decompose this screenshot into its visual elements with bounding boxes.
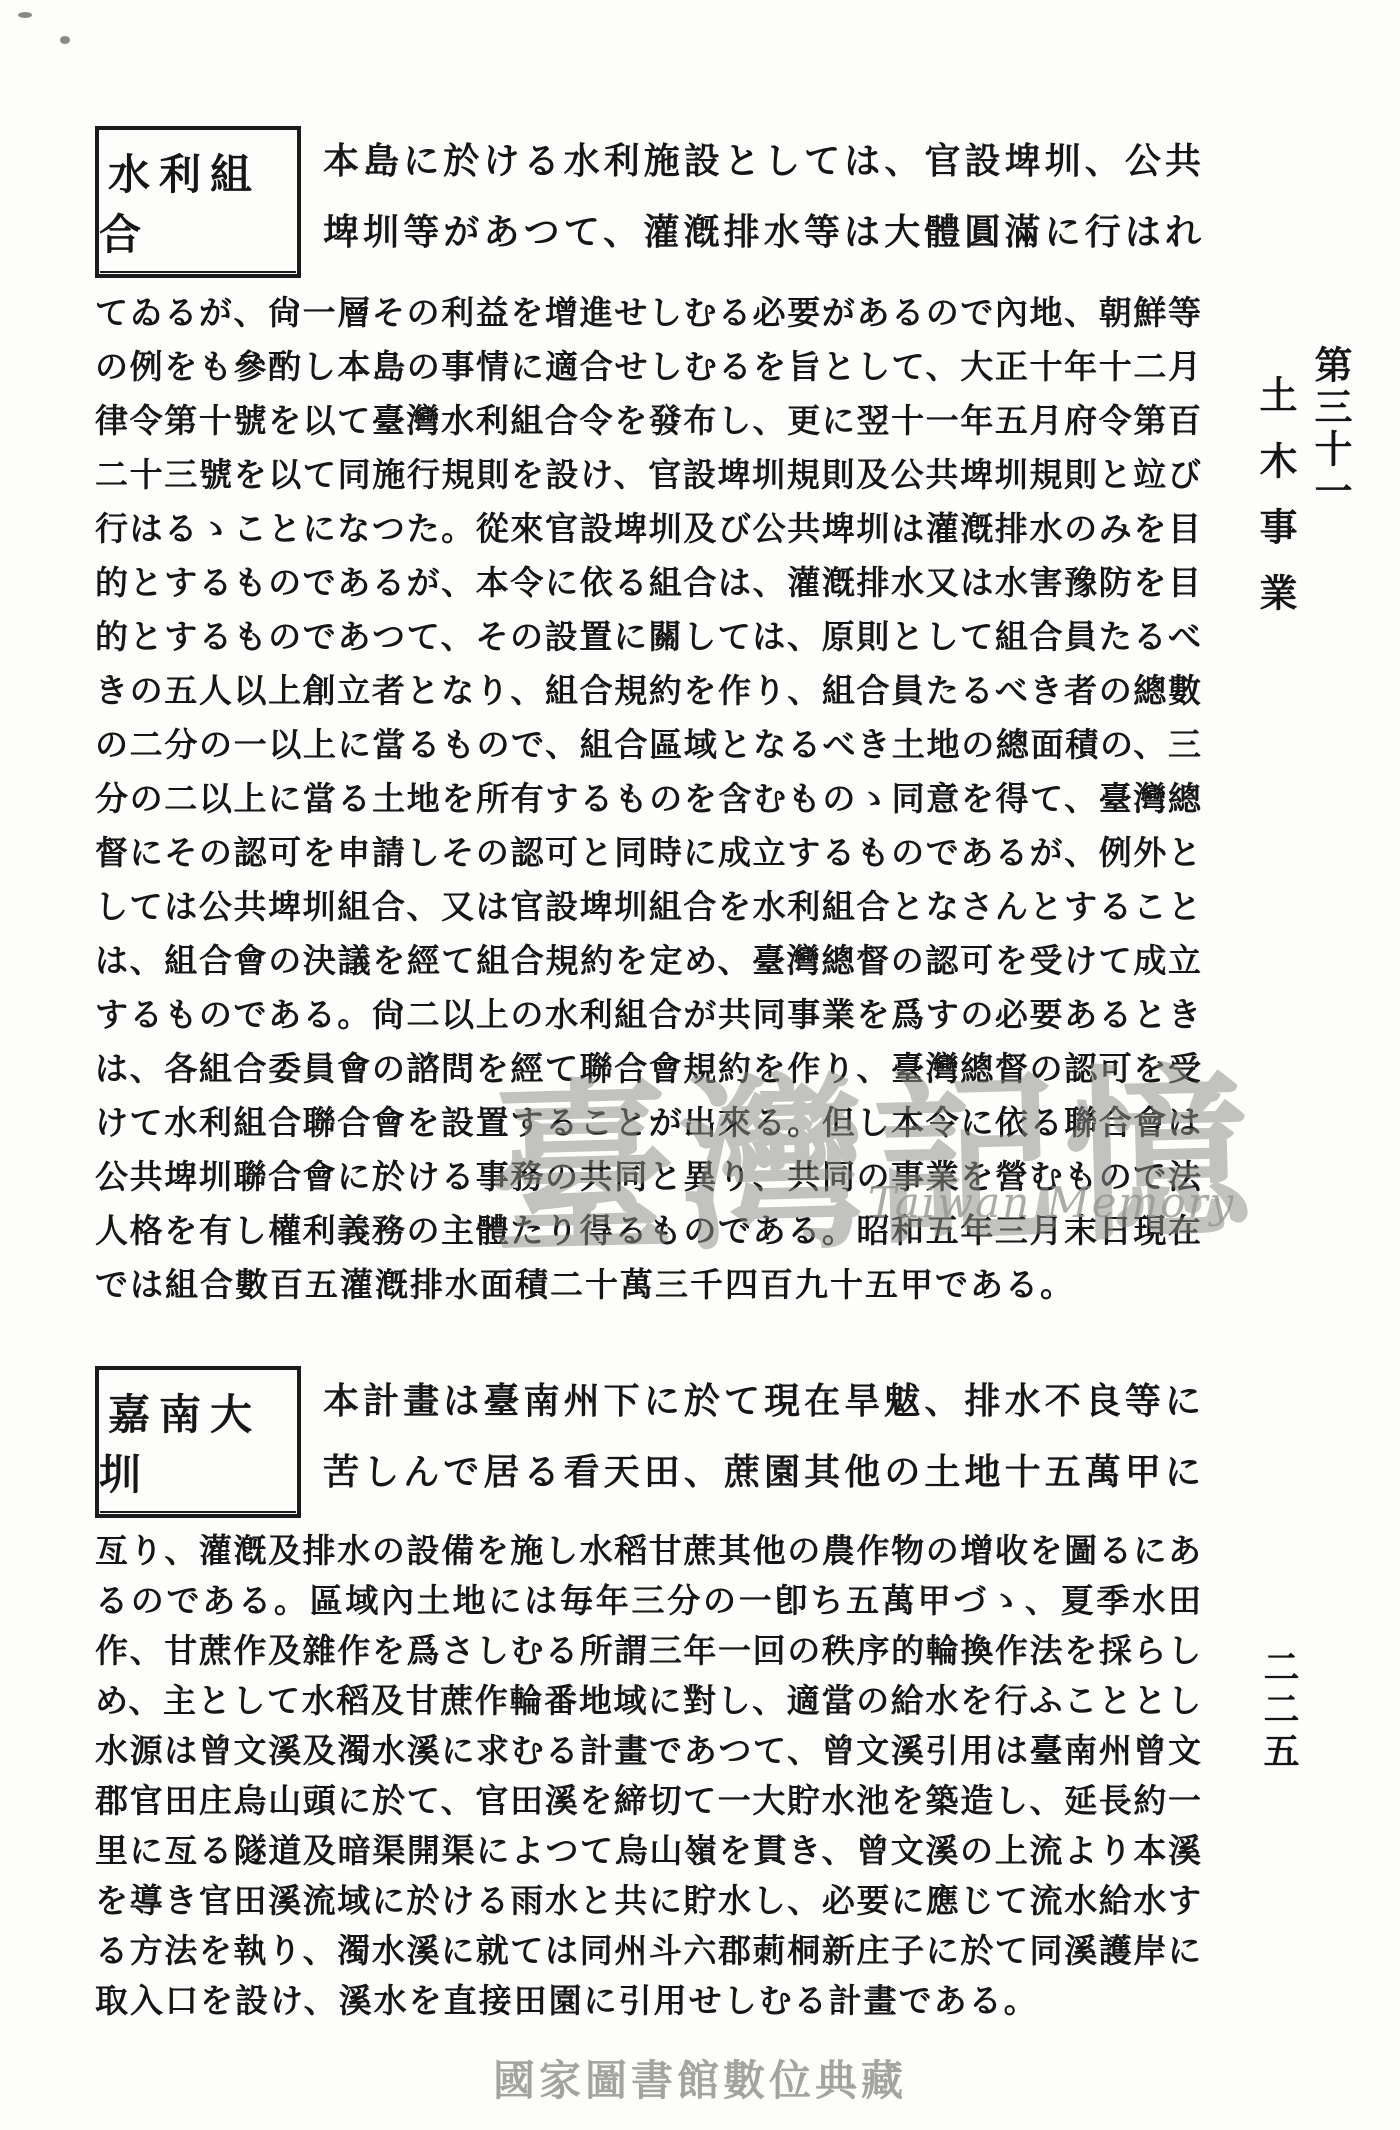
main-text-column: 水利組合 本島に於ける水利施設としては、官設埤圳、公共埤圳等があつて、灌漑排水等… (95, 126, 1201, 2026)
body-text-line: 作、甘蔗作及雜作を爲さしむる所謂三年一回の秩序的輪換作法を採らし (95, 1626, 1201, 1676)
body-text-line: 分の二以上に當る土地を所有するものを含むものゝ同意を得て、臺灣總 (95, 772, 1201, 826)
section-header: 水利組合 本島に於ける水利施設としては、官設埤圳、公共埤圳等があつて、灌漑排水等… (95, 126, 1201, 278)
section-heading-box: 嘉南大圳 (95, 1366, 301, 1518)
section-body-lines: 亙り、灌漑及排水の設備を施し水稻甘蔗其他の農作物の增收を圖るにあるのである。區域… (95, 1526, 1201, 2026)
body-text-line: るのである。區域內土地には毎年三分の一卽ち五萬甲づゝ、夏季水田 (95, 1576, 1201, 1626)
right-margin-header: 第三十一 土木事業 (1248, 345, 1358, 639)
section-heading-label: 嘉南大圳 (99, 1382, 297, 1502)
section-intro-lines: 本島に於ける水利施設としては、官設埤圳、公共埤圳等があつて、灌漑排水等は大體圓滿… (323, 126, 1201, 272)
chapter-title-label: 土木事業 (1248, 375, 1303, 639)
scan-speck (18, 12, 32, 18)
body-text-line: きの五人以上創立者となり、組合規約を作り、組合員たるべき者の總數 (95, 664, 1201, 718)
body-text-line: め、主として水稻及甘蔗作輪番地域に對し、適當の給水を行ふこととし (95, 1676, 1201, 1726)
body-text-line: を導き官田溪流域に於ける雨水と共に貯水し、必要に應じて流水給水す (95, 1876, 1201, 1926)
section-header: 嘉南大圳 本計畫は臺南州下に於て現在旱魃、排水不良等に苦しんで居る看天田、蔗園其… (95, 1366, 1201, 1518)
section-kanan-taishu: 嘉南大圳 本計畫は臺南州下に於て現在旱魃、排水不良等に苦しんで居る看天田、蔗園其… (95, 1366, 1201, 2026)
body-text-line: 律令第十號を以て臺灣水利組合令を發布し、更に翌十一年五月府令第百 (95, 394, 1201, 448)
body-text-line: では組合數百五灌漑排水面積二十萬三千四百九十五甲である。 (95, 1258, 1201, 1312)
body-text-line: の二分の一以上に當るもので、組合區域となるべき土地の總面積の、三 (95, 718, 1201, 772)
section-heading-box: 水利組合 (95, 126, 301, 278)
intro-text-line: 苦しんで居る看天田、蔗園其他の土地十五萬甲に (323, 1441, 1201, 1512)
body-text-line: 郡官田庄烏山頭に於て、官田溪を締切て一大貯水池を築造し、延長約一 (95, 1776, 1201, 1826)
intro-text-line: 埤圳等があつて、灌漑排水等は大體圓滿に行はれ (323, 201, 1201, 272)
body-text-line: 二十三號を以て同施行規則を設け、官設埤圳規則及公共埤圳規則と竝び (95, 448, 1201, 502)
body-text-line: 督にその認可を申請しその認可と同時に成立するものであるが、例外と (95, 826, 1201, 880)
body-text-line: 亙り、灌漑及排水の設備を施し水稻甘蔗其他の農作物の增收を圖るにあ (95, 1526, 1201, 1576)
section-intro-lines: 本計畫は臺南州下に於て現在旱魃、排水不良等に苦しんで居る看天田、蔗園其他の土地十… (323, 1366, 1201, 1512)
body-text-line: 的とするものであつて、その設置に關しては、原則として組合員たるべ (95, 610, 1201, 664)
body-text-line: 取入口を設け、溪水を直接田園に引用せしむる計畫である。 (95, 1976, 1201, 2026)
body-text-line: 的とするものであるが、本令に依る組合は、灌漑排水又は水害豫防を目 (95, 556, 1201, 610)
body-text-line: 人格を有し權利義務の主體たり得るものである。昭和五年三月末日現在 (95, 1204, 1201, 1258)
scan-speck (60, 36, 70, 44)
body-text-line: けて水利組合聯合會を設置することが出來る。但し本令に依る聯合會は (95, 1096, 1201, 1150)
section-heading-label: 水利組合 (99, 142, 297, 262)
body-text-line: 行はるゝことになつた。從來官設埤圳及び公共埤圳は灌漑排水のみを目 (95, 502, 1201, 556)
intro-text-line: 本島に於ける水利施設としては、官設埤圳、公共 (323, 130, 1201, 201)
chapter-number-label: 第三十一 (1303, 345, 1358, 639)
page-number: 二二五 (1254, 1648, 1305, 1774)
body-text-line: するものである。尙二以上の水利組合が共同事業を爲すの必要あるとき (95, 988, 1201, 1042)
body-text-line: 公共埤圳聯合會に於ける事務の共同と異り、共同の事業を營むもので法 (95, 1150, 1201, 1204)
intro-text-line: 本計畫は臺南州下に於て現在旱魃、排水不良等に (323, 1370, 1201, 1441)
body-text-line: は、各組合委員會の諮問を經て聯合會規約を作り、臺灣總督の認可を受 (95, 1042, 1201, 1096)
body-text-line: てゐるが、尙一層その利益を增進せしむる必要があるので內地、朝鮮等 (95, 286, 1201, 340)
digital-archive-footer-label: 國家圖書館數位典藏 (0, 2048, 1400, 2108)
body-text-line: の例をも參酌し本島の事情に適合せしむるを旨として、大正十年十二月 (95, 340, 1201, 394)
body-text-line: 里に亙る隧道及暗渠開渠によつて烏山嶺を貫き、曾文溪の上流より本溪 (95, 1826, 1201, 1876)
body-text-line: は、組合會の決議を經て組合規約を定め、臺灣總督の認可を受けて成立 (95, 934, 1201, 988)
section-suiri-kumiai: 水利組合 本島に於ける水利施設としては、官設埤圳、公共埤圳等があつて、灌漑排水等… (95, 126, 1201, 1312)
body-text-line: 水源は曾文溪及濁水溪に求むる計畫であつて、曾文溪引用は臺南州曾文 (95, 1726, 1201, 1776)
document-page: 水利組合 本島に於ける水利施設としては、官設埤圳、公共埤圳等があつて、灌漑排水等… (0, 0, 1400, 2130)
body-text-line: しては公共埤圳組合、又は官設埤圳組合を水利組合となさんとすること (95, 880, 1201, 934)
body-text-line: る方法を執り、濁水溪に就ては同州斗六郡莿桐新庄子に於て同溪護岸に (95, 1926, 1201, 1976)
section-body-lines: てゐるが、尙一層その利益を增進せしむる必要があるので內地、朝鮮等の例をも參酌し本… (95, 286, 1201, 1312)
